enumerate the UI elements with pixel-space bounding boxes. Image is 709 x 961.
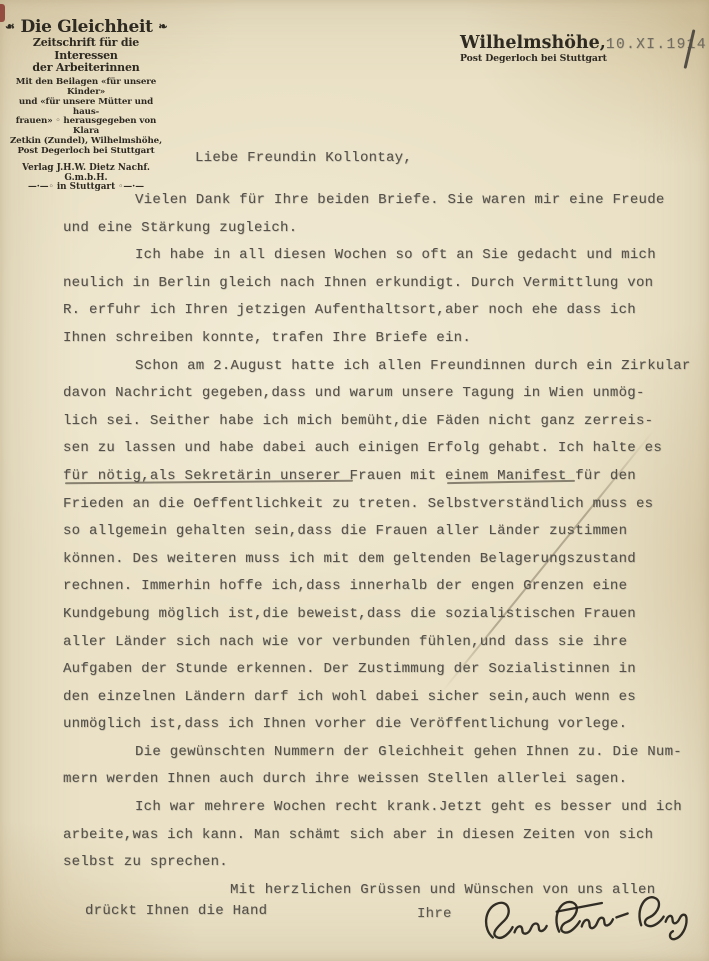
flourish-left-icon: ☙ <box>5 20 15 33</box>
pencil-strike-mark <box>65 480 353 484</box>
body-line: rechnen. Immerhin hoffe ich,dass innerha… <box>63 578 669 606</box>
flourish-right-icon: ❧ <box>158 20 167 33</box>
closing-ihre: Ihre <box>417 906 452 922</box>
masthead-subtitle-1: Zeitschrift für die Interessen <box>5 37 167 62</box>
body-line: aller Länder sich nach wie vor verbunden… <box>63 634 669 662</box>
body-line: Ihnen schreiben konnte, trafen Ihre Brie… <box>63 330 669 358</box>
body-line: Ich habe in all diesen Wochen so oft an … <box>63 247 669 275</box>
masthead-publisher: Verlag J.H.W. Dietz Nachf. G.m.b.H. <box>5 163 167 183</box>
body-line: so allgemein gehalten sein,dass die Frau… <box>63 523 669 551</box>
body-line: R. erfuhr ich Ihren jetzigen Aufenthalts… <box>63 302 669 330</box>
body-line: sen zu lassen und habe dabei auch einige… <box>63 440 669 468</box>
letter-body: Vielen Dank für Ihre beiden Briefe. Sie … <box>63 192 669 909</box>
body-line: können. Des weiteren muss ich mit dem ge… <box>63 551 669 579</box>
body-line: Frieden an die Oeffentlichkeit zu treten… <box>63 496 669 524</box>
dateline-date: 10.XI.1914. <box>606 37 709 53</box>
body-line: und eine Stärkung zugleich. <box>63 220 669 248</box>
salutation: Liebe Freundin Kollontay, <box>195 150 412 166</box>
dateline-post-sub: Post Degerloch bei Stuttgart <box>460 53 709 64</box>
masthead-info: Mit den Beilagen «für unsere Kinder» und… <box>5 78 167 157</box>
body-line: für nötig,als Sekretärin unserer Frauen … <box>63 468 669 496</box>
masthead-info-line: frauen» ◦ herausgegeben von Klara <box>5 117 167 137</box>
body-line: davon Nachricht gegeben,dass und warum u… <box>63 385 669 413</box>
signature-clara-zetkin-zundel <box>477 888 707 952</box>
dateline: Wilhelmshöhe,10.XI.1914. Post Degerloch … <box>460 33 709 64</box>
body-line: selbst zu sprechen. <box>63 854 669 882</box>
body-line: Ich war mehrere Wochen recht krank.Jetzt… <box>63 799 669 827</box>
masthead-info-line: Post Degerloch bei Stuttgart <box>5 147 167 157</box>
body-line: arbeite,was ich kann. Man schämt sich ab… <box>63 827 669 855</box>
dateline-place: Wilhelmshöhe, <box>460 33 606 53</box>
masthead-subtitle-2: der Arbeiterinnen <box>5 62 167 75</box>
body-line: Aufgaben der Stunde erkennen. Der Zustim… <box>63 661 669 689</box>
body-line: den einzelnen Ländern darf ich wohl dabe… <box>63 689 669 717</box>
letter-page: ☙ Die Gleichheit ❧ Zeitschrift für die I… <box>0 0 709 961</box>
pencil-strike-mark <box>447 480 575 484</box>
masthead-title: Die Gleichheit <box>21 17 153 37</box>
body-line: Schon am 2.August hatte ich allen Freund… <box>63 358 669 386</box>
body-line: Vielen Dank für Ihre beiden Briefe. Sie … <box>63 192 669 220</box>
body-line: neulich in Berlin gleich nach Ihnen erku… <box>63 275 669 303</box>
body-line: Kundgebung möglich ist,die beweist,dass … <box>63 606 669 634</box>
masthead-info-line: Mit den Beilagen «für unsere Kinder» <box>5 78 167 98</box>
body-line: unmöglich ist,dass ich Ihnen vorher die … <box>63 716 669 744</box>
letterhead: ☙ Die Gleichheit ❧ Zeitschrift für die I… <box>5 17 167 193</box>
body-line: lich sei. Seither habe ich mich bemüht,d… <box>63 413 669 441</box>
body-line: Die gewünschten Nummern der Gleichheit g… <box>63 744 669 772</box>
closing-text: drückt Ihnen die Hand <box>85 903 267 919</box>
masthead-info-line: und «für unsere Mütter und haus- <box>5 98 167 118</box>
body-line: mern werden Ihnen auch durch ihre weisse… <box>63 771 669 799</box>
masthead-title-row: ☙ Die Gleichheit ❧ <box>5 17 167 37</box>
